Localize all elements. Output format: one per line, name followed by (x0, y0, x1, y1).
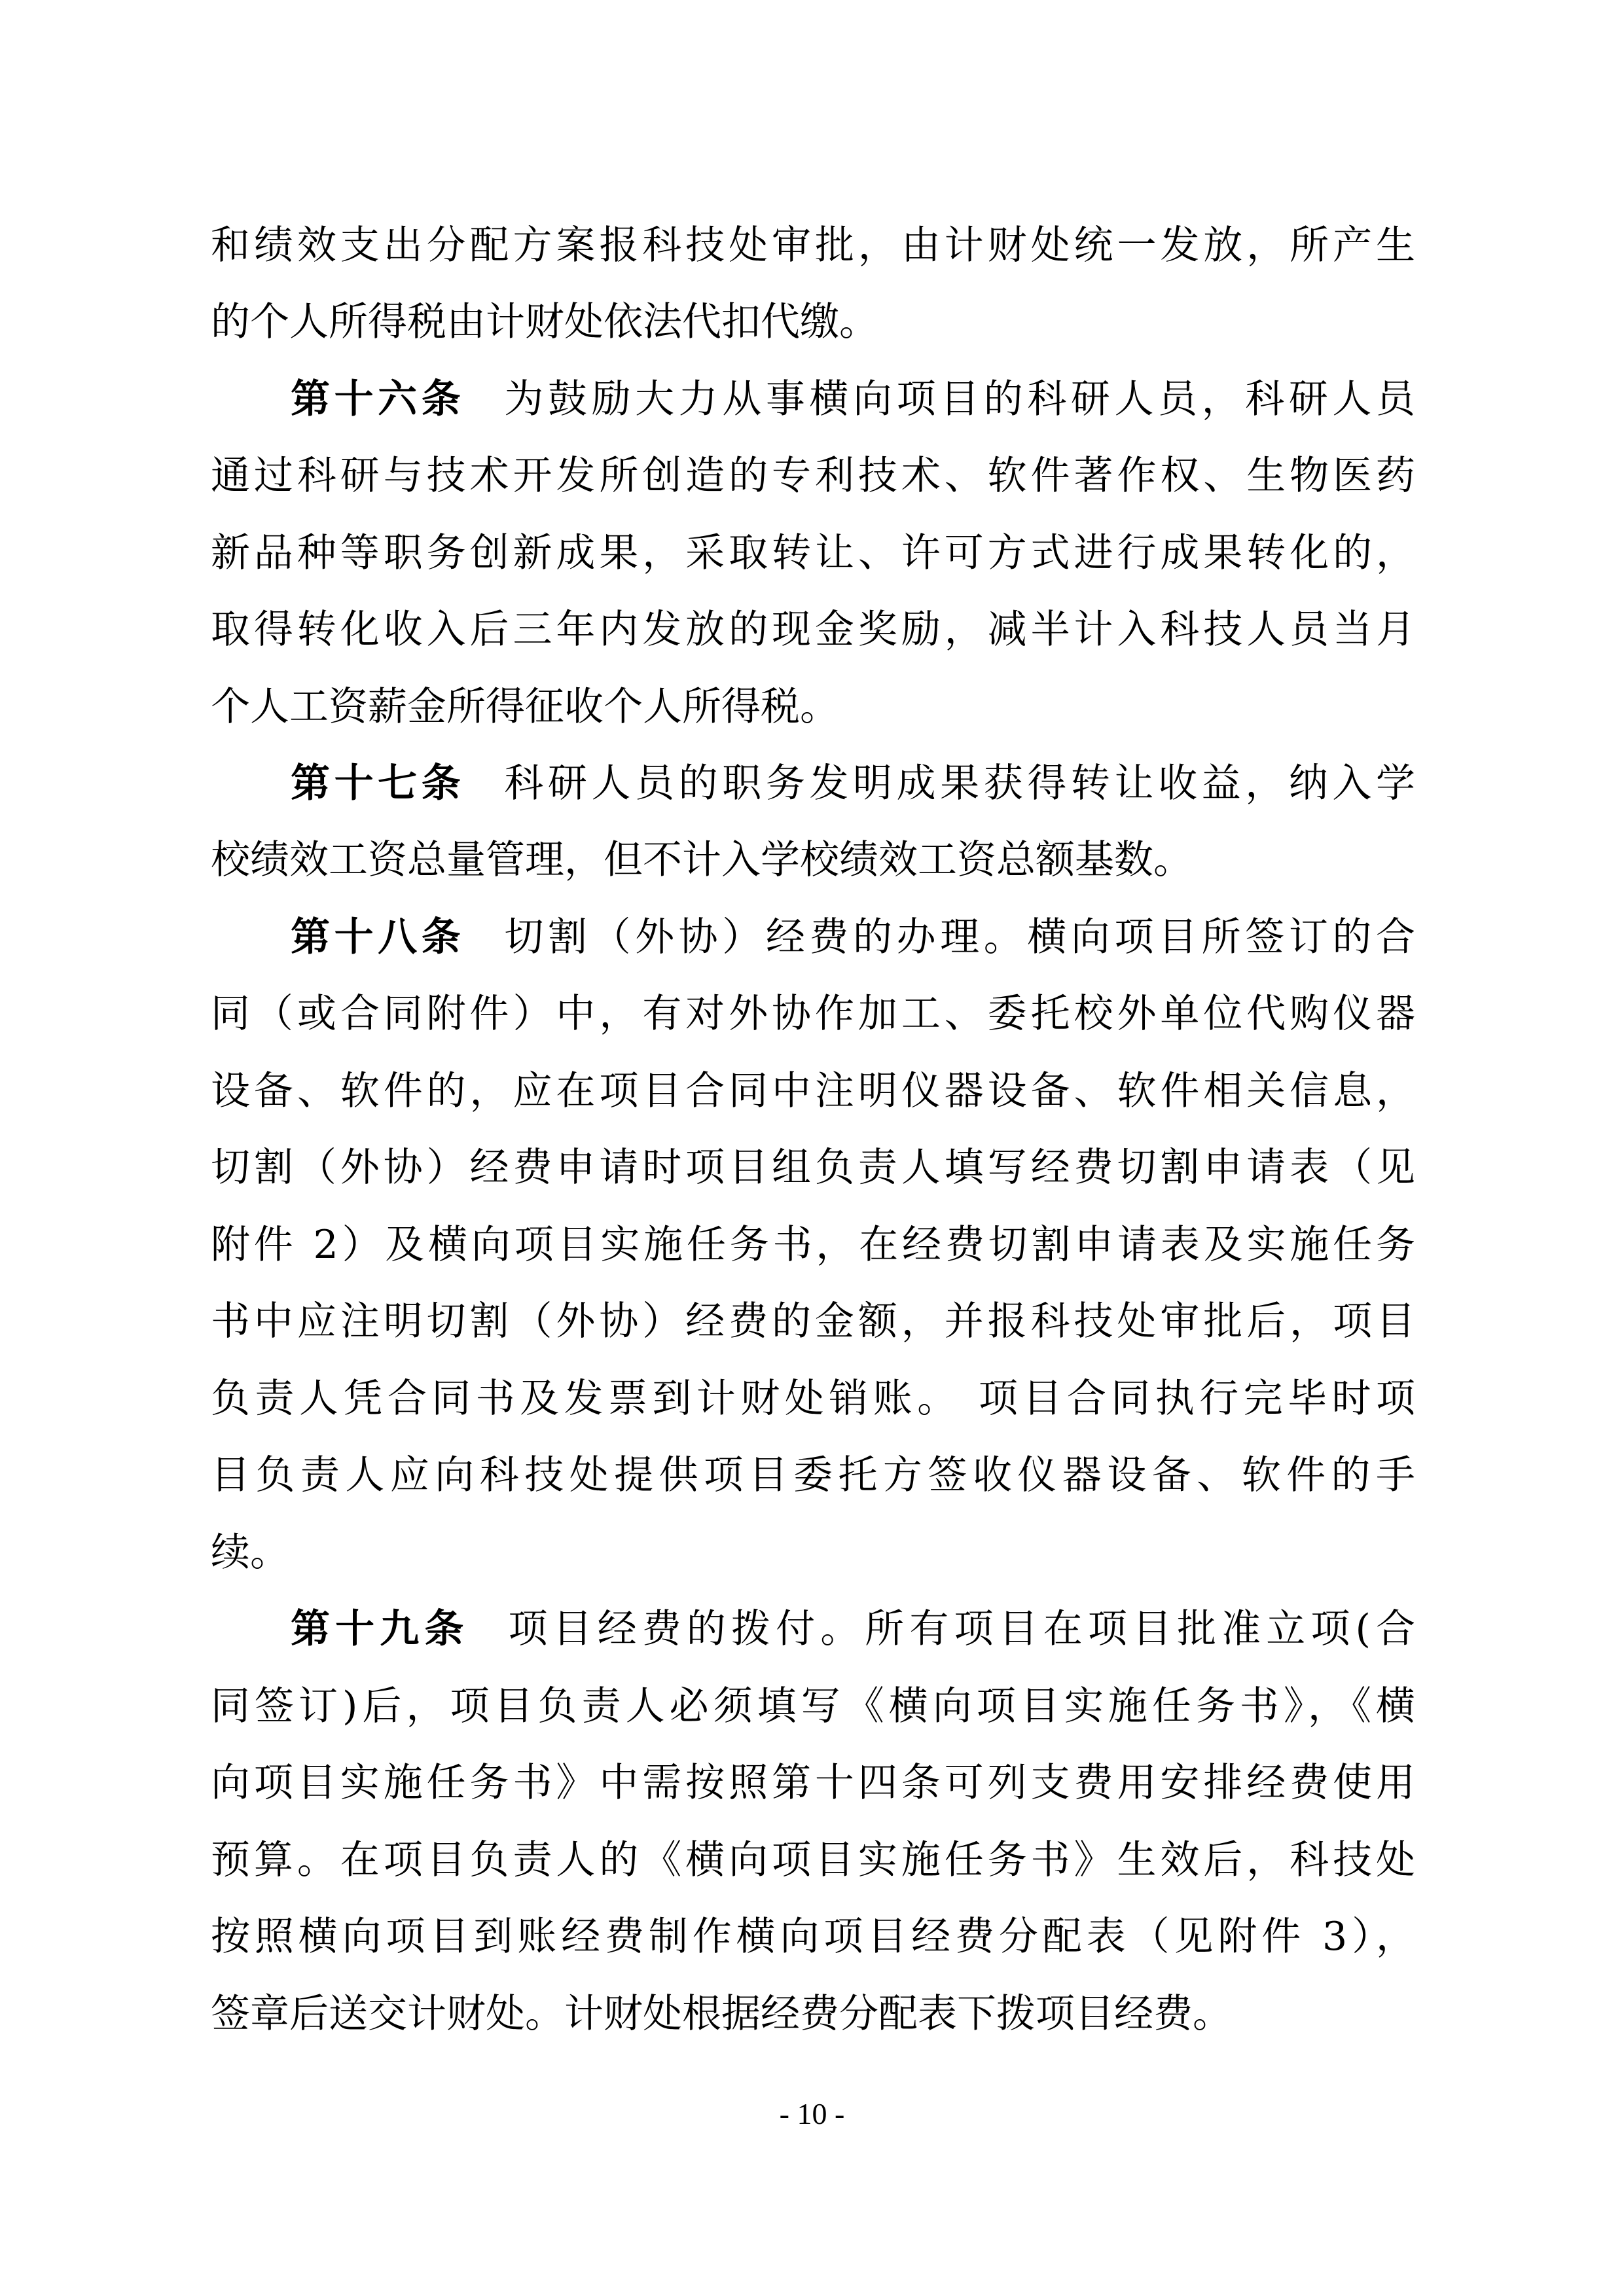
paragraph-line: 校绩效工资总量管理，但不计入学校绩效工资总额基数。 (211, 834, 1415, 886)
document-page: 和绩效支出分配方案报科技处审批，由计财处统一发放，所产生 的个人所得税由计财处依… (0, 0, 1624, 2296)
paragraph-line: 向项目实施任务书》中需按照第十四条可列支费用安排经费使用 (211, 1757, 1415, 1809)
paragraph-text: 项目经费的拨付。所有项目在项目批准立项(合 (508, 1606, 1415, 1652)
paragraph-line: 和绩效支出分配方案报科技处审批，由计财处统一发放，所产生 (211, 219, 1415, 272)
paragraph-line: 设备、软件的，应在项目合同中注明仪器设备、软件相关信息， (211, 1065, 1415, 1117)
paragraph-line: 的个人所得税由计财处依法代扣代缴。 (211, 296, 1415, 348)
article-17-heading: 第十七条 (291, 761, 465, 806)
paragraph-line: 个人工资薪金所得征收个人所得税。 (211, 681, 1415, 733)
article-16-first-line: 第十六条为鼓励大力从事横向项目的科研人员，科研人员 (211, 373, 1415, 425)
paragraph-line: 同（或合同附件）中，有对外协作加工、委托校外单位代购仪器 (211, 988, 1415, 1040)
page-number: - 10 - (0, 2094, 1624, 2134)
article-16-heading: 第十六条 (291, 376, 465, 422)
paragraph-line: 负责人凭合同书及发票到计财处销账。 项目合同执行完毕时项 (211, 1372, 1415, 1425)
article-19-first-line: 第十九条项目经费的拨付。所有项目在项目批准立项(合 (211, 1603, 1415, 1655)
paragraph-line: 新品种等职务创新成果，采取转让、许可方式进行成果转化的， (211, 527, 1415, 579)
article-19-heading: 第十九条 (291, 1606, 469, 1652)
paragraph-line: 切割（外协）经费申请时项目组负责人填写经费切割申请表（见 (211, 1141, 1415, 1194)
paragraph-line: 目负责人应向科技处提供项目委托方签收仪器设备、软件的手 (211, 1449, 1415, 1501)
paragraph-text: 科研人员的职务发明成果获得转让收益，纳入学 (504, 761, 1415, 806)
article-18-heading: 第十八条 (291, 914, 465, 960)
paragraph-line: 书中应注明切割（外协）经费的金额，并报科技处审批后，项目 (211, 1295, 1415, 1348)
paragraph-line: 取得转化收入后三年内发放的现金奖励，减半计入科技人员当月 (211, 603, 1415, 656)
article-18-first-line: 第十八条切割（外协）经费的办理。横向项目所签订的合 (211, 911, 1415, 963)
paragraph-line: 续。 (211, 1526, 1415, 1579)
paragraph-line: 同签订)后，项目负责人必须填写《横向项目实施任务书》，《横 (211, 1680, 1415, 1732)
paragraph-text: 为鼓励大力从事横向项目的科研人员，科研人员 (504, 376, 1415, 422)
paragraph-line: 附件 2）及横向项目实施任务书，在经费切割申请表及实施任务 (211, 1219, 1415, 1271)
article-17-first-line: 第十七条科研人员的职务发明成果获得转让收益，纳入学 (211, 757, 1415, 810)
paragraph-line: 签章后送交计财处。计财处根据经费分配表下拨项目经费。 (211, 1988, 1415, 2040)
paragraph-line: 按照横向项目到账经费制作横向项目经费分配表（见附件 3）， (211, 1910, 1415, 1963)
paragraph-text: 切割（外协）经费的办理。横向项目所签订的合 (504, 914, 1415, 960)
paragraph-line: 通过科研与技术开发所创造的专利技术、软件著作权、生物医药 (211, 450, 1415, 502)
paragraph-line: 预算。在项目负责人的《横向项目实施任务书》生效后，科技处 (211, 1834, 1415, 1886)
